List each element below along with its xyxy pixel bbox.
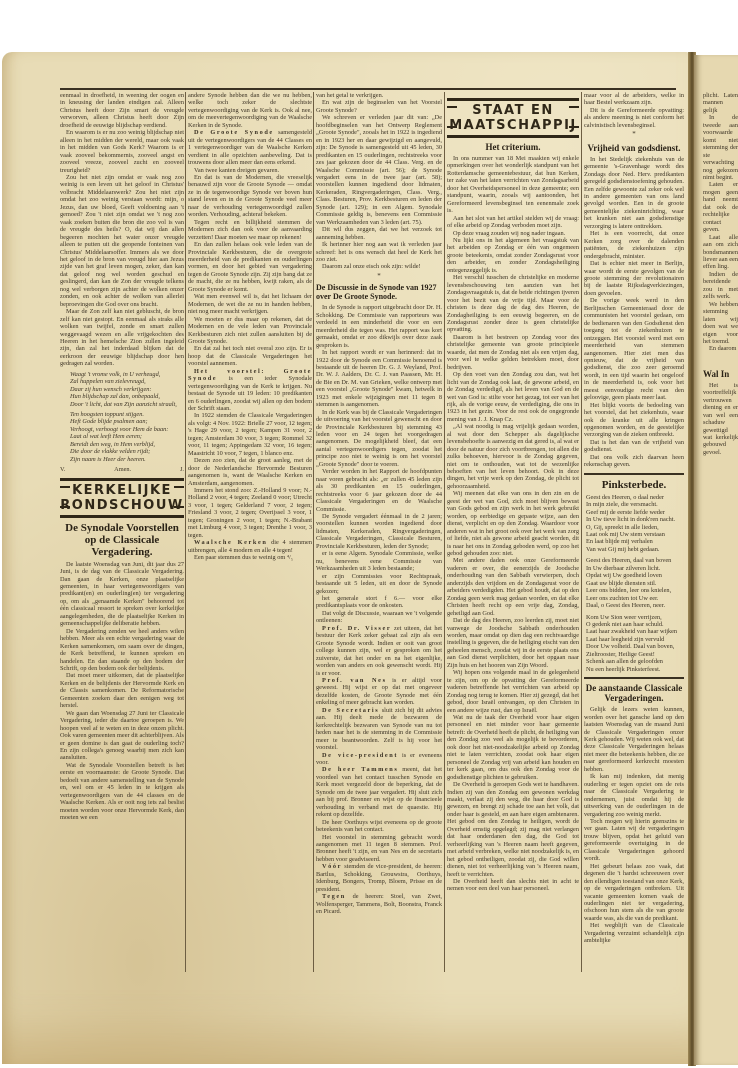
paragraph: Dat is het dan van de vrijheid van godsd…	[584, 439, 684, 454]
article-title: De Synodale Voorstellen op de Classicale…	[60, 522, 184, 558]
paragraph: het generale stort f 6.— voor elke predi…	[316, 595, 442, 610]
poem: Waagt 't vrome volk, in U verheugd, Zal …	[70, 371, 184, 463]
paragraph: De Secretaris sluit zich bij dit advies …	[316, 707, 442, 752]
section-banner-staat-en-maatschappij: STAAT EN MAATSCHAPPIJ	[447, 98, 579, 138]
column-1: eenmaal in droefheid, in weening der oog…	[60, 92, 184, 972]
signature-author: J.	[180, 466, 184, 473]
paragraph: er zijn Commissies voor Rechtspraak, bes…	[316, 573, 442, 595]
paragraph: In de Synode is rapport uitgebracht door…	[316, 304, 442, 349]
paragraph: Het is voortreffelijk vertrouwen diening…	[703, 382, 738, 457]
paragraph: Het wegblijft van de Classicale Vergader…	[584, 922, 684, 944]
poem-line: Zijn naam is Heer der heeren.	[70, 456, 184, 463]
separator-star: *	[316, 273, 442, 280]
paragraph: En dan zullen helaas ook vele leden van …	[188, 241, 312, 293]
paragraph: Aan het slot van het artikel stelden wij…	[447, 215, 579, 230]
paragraph: Dit wil dus zeggen, dat we het verzoek t…	[316, 226, 442, 241]
poem-line: Daar zij hun wensch verkrijgen:	[70, 386, 184, 393]
paragraph: „Al wat noodig is mag vrijelijk gedaan w…	[447, 423, 579, 490]
paragraph: maar voor al de arbeiders, welke in haar…	[584, 92, 684, 107]
paragraph: Dit is de Gereformeerde opvatting: als a…	[584, 107, 684, 129]
paragraph: In 1922 stemden de Classicale Vergaderin…	[188, 412, 312, 457]
paragraph: Dat ons volk zich daarvan heen rekenscha…	[584, 454, 684, 469]
paragraph: Dat is echter niet meer in Berlijn, waar…	[584, 260, 684, 297]
poem-line: Door 't licht, dat van Zijn aanzicht str…	[70, 401, 184, 408]
paragraph: De Overheid is geroepen Gods wet te hand…	[447, 781, 579, 878]
paragraph: Prof. Dr. Visser zet uiteen, dat het bes…	[316, 625, 442, 677]
paragraph: De vorige week werd in den Berlijnschen …	[584, 297, 684, 401]
paragraph: Dat volgt de Discussie, waaraan we 't vo…	[316, 610, 442, 625]
paragraph: De laatste Woensdag van Juni, dit jaar d…	[60, 561, 184, 628]
paragraph: Het verschil tusschen de christelijke en…	[447, 274, 579, 334]
paragraph: Een paar stemmen dus te weinig om ⁴/₅	[188, 554, 312, 561]
article-title: Het criterium.	[447, 142, 579, 152]
signature-line: V. Amen. J.	[60, 466, 184, 473]
column-adjacent-page: plicht. Laten mannen gelijk In de tweede…	[703, 92, 738, 972]
paragraph: Het is een voorrecht, dat onze Kerken zo…	[584, 230, 684, 260]
top-rule	[60, 88, 676, 90]
paragraph: Immers het stond zoo: Z.-Holland 9 voor;…	[188, 487, 312, 539]
paragraph: Wij meenen dat elke van ons in den zin e…	[447, 490, 579, 557]
paragraph: Op deze vraag zouden wij nog nader ingaa…	[447, 230, 579, 237]
paragraph: De heer Tammens meent, dat het voordeel …	[316, 766, 442, 818]
paragraph: En daarom	[703, 345, 738, 352]
paragraph: Tegen de heeren: Stoel, van Zwet, Wolfen…	[316, 893, 442, 915]
paragraph: En waarom is er nu zoo weinig blijdschap…	[60, 129, 184, 174]
paragraph: Wat de Synodale Voorstellen betreft is h…	[60, 762, 184, 822]
paragraph: Prof. van Nes is er altijd voor geweest.…	[316, 677, 442, 707]
paragraph: Dat de dag des Heeren, zoo leerden zij, …	[447, 617, 579, 669]
paragraph: Waalsche Kerken die 4 stemmen uitbrengen…	[188, 539, 312, 554]
paragraph: eenmaal in droefheid, in weening der oog…	[60, 92, 184, 129]
paragraph: Daarom zal onze eisch ook zijn: wilde!	[316, 263, 442, 270]
poem-line: Waagt 't vrome volk, in U verheugd,	[70, 371, 184, 378]
paragraph: andere Synode hebben dan die we nu hebbe…	[188, 92, 312, 129]
paragraph: En wat zijn de beginselen van het Voorst…	[316, 99, 442, 114]
poem-line: Bereidt den weg, in Hem verblijd,	[70, 441, 184, 448]
paragraph: In de tweede aan voorwaarde komt niet st…	[703, 114, 738, 181]
poem-title: Pinksterbede.	[584, 479, 684, 491]
paragraph: van het getal te verkrijgen.	[316, 92, 442, 99]
separator-star: *	[584, 131, 684, 138]
paragraph: Het blijkt voorts de bedoeling van het v…	[584, 402, 684, 439]
section-rule	[584, 677, 684, 679]
paragraph: plicht. Laten mannen gelijk	[703, 92, 738, 114]
paragraph: Indien de bereidende zou in met zelfs we…	[703, 271, 738, 301]
paragraph: er is eene Algem. Synodale Commissie, we…	[316, 550, 442, 572]
column-divider	[581, 92, 582, 972]
paragraph: Toch mogen wij hierin geenszins te ver g…	[584, 818, 684, 863]
paragraph: We schreven er verleden jaar dit van: „D…	[316, 114, 442, 226]
poem: Geest des Heeren, o daal neder In mijn z…	[586, 494, 684, 673]
paragraph: Laat alle aan om zich bondsmannen liever…	[703, 234, 738, 271]
paragraph: We hebben stemming laten wij doen wat we…	[703, 301, 738, 346]
paragraph: De Synode vergadert éénmaal in de 2 jare…	[316, 513, 442, 550]
paragraph: Laten er mogen geen hand neemt dat ook d…	[703, 181, 738, 233]
paragraph: Wij hopen ons volgende maal in de gelege…	[447, 669, 579, 714]
paragraph: In het Stedelijk ziekenhuis van de gemee…	[584, 156, 684, 231]
paragraph: Het gebeurt helaas zoo vaak, dat degenen…	[584, 863, 684, 923]
paragraph: Het voorstel: Groote Synode is een ieder…	[188, 368, 312, 413]
paragraph: En dat zal het toch niet overal zoo zijn…	[188, 345, 312, 367]
paragraph: Wat nu de taak der Overheid voor haar ei…	[447, 714, 579, 781]
paragraph: Gelijk de lezers weten kunnen, worden ov…	[584, 706, 684, 773]
paragraph: In ons nummer van 18 Mei maakten wij enk…	[447, 155, 579, 215]
poem-line: Zal huppelen van zielevreugd,	[70, 378, 184, 385]
article-title: Wal In	[703, 369, 738, 379]
paragraph: Dezen zoo zien, dat de groot aanleg, met…	[188, 457, 312, 487]
signature-initial: V.	[60, 466, 65, 473]
paragraph: De Overheid heeft dan slechts niet in ac…	[447, 878, 579, 893]
paragraph: Verder worden in het Rapport de hoofdpun…	[316, 468, 442, 513]
paragraph: De Groote Synode samengesteld uit de ver…	[188, 129, 312, 166]
column-5: maar voor al de arbeiders, welke in haar…	[584, 92, 684, 972]
poem-line: Verhoogt, verhoogt voor Hem de baan:	[70, 426, 184, 433]
section-banner-kerkelijke-rondschouw: KERKELIJKE RONDSCHOUW	[60, 478, 184, 518]
paragraph: Daarom is het bestreen op Zondag voor de…	[447, 334, 579, 371]
poem-line: Laat al wat leeft Hem eeren;	[70, 433, 184, 440]
paragraph: In het rapport wordt er van herinnerd: d…	[316, 349, 442, 409]
poem-line: Hun blijdschap zal dan, onbepaald,	[70, 393, 184, 400]
paragraph: In de Kerk was bij de Classicale Vergade…	[316, 409, 442, 469]
article-title: De aanstaande Classicale Vergaderingen.	[584, 683, 684, 703]
paragraph: Op den voet van den Zondag zou dan, wat …	[447, 371, 579, 423]
column-divider	[313, 92, 314, 972]
paragraph: Nu lijkt ons in het algemeen het vraagst…	[447, 237, 579, 274]
paragraph: Ik kan mij indenken, dat menig ouderling…	[584, 773, 684, 818]
paragraph: Ik herinner hier nog aan wat ik verleden…	[316, 241, 442, 263]
column-divider	[185, 92, 186, 972]
paragraph: Vóór stemden de vice-president, de heere…	[316, 863, 442, 893]
paragraph: Tegen recht en billijkheid stemmen de Mo…	[188, 219, 312, 241]
poem-line: Die door de vlakke velden rijdt;	[70, 448, 184, 455]
paragraph: Maar de Zon zelf kan niet gebluscht, de …	[60, 308, 184, 368]
paragraph: We gaan dan Woensdag 27 Juni ter Classic…	[60, 710, 184, 762]
paragraph: De Vergadering zenden we heel anders wil…	[60, 628, 184, 673]
column-2: andere Synode hebben dan die we nu hebbe…	[188, 92, 312, 972]
poem-line: Heft Gode blijde psalmen aan;	[70, 418, 184, 425]
column-divider	[444, 92, 445, 972]
article-title: De Discussie in de Synode van 1927 over …	[316, 283, 442, 301]
poem-line: Ten hoogsten toppunt stijgen.	[70, 411, 184, 418]
paragraph: De heer Oorthuys wijst eveneens op de gr…	[316, 819, 442, 834]
paragraph: Wat men evenwel wil is, dat het lichaam …	[188, 293, 312, 315]
paragraph: En dat is van de Modernen, die vreeselij…	[188, 174, 312, 219]
paragraph: Van twee kanten dreigen gevaren.	[188, 167, 312, 174]
paragraph: We moeten er dus maar op rekenen, dat de…	[188, 316, 312, 346]
paragraph: Dat moet meer uitkomen, dat de plaatseli…	[60, 672, 184, 709]
signature-amen: Amen.	[114, 466, 131, 473]
paragraph: Zou het niet zijn omdat er vaak nog zoo …	[60, 174, 184, 308]
paragraph: Met andere daden ook onze Gereformeerde …	[447, 557, 579, 617]
article-title: Vrijheid van godsdienst.	[584, 143, 684, 153]
column-4: STAAT EN MAATSCHAPPIJ Het criterium. In …	[447, 92, 579, 972]
column-3: van het getal te verkrijgen. En wat zijn…	[316, 92, 442, 972]
paragraph: Het voorstel in stemming gebracht wordt …	[316, 834, 442, 864]
paragraph: De vice-president is er eveneens voor.	[316, 752, 442, 767]
section-rule	[584, 473, 684, 475]
